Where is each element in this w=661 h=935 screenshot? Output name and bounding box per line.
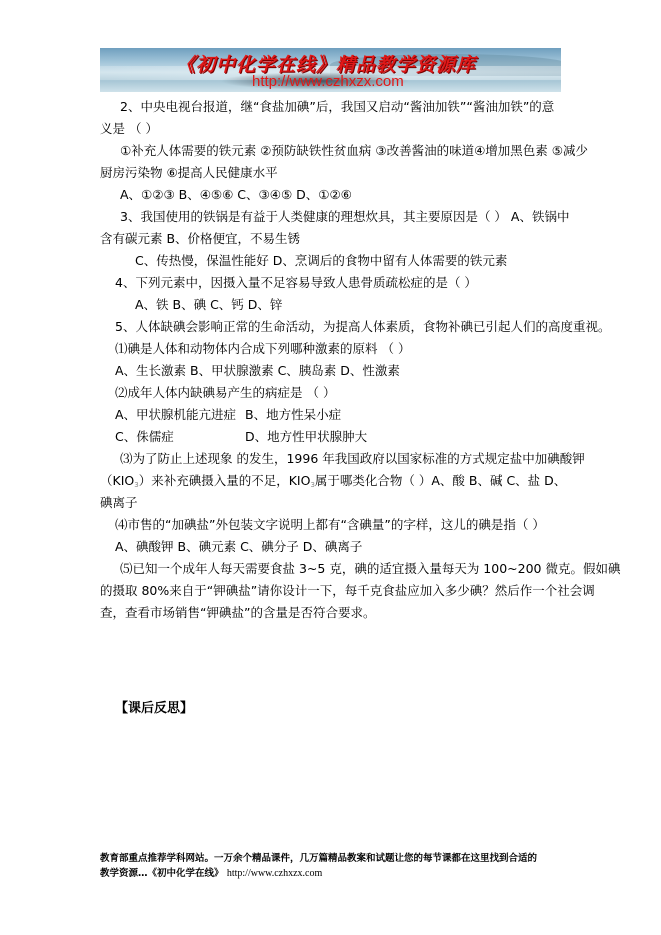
q5-intro: 5、人体缺碘会影响正常的生命活动，为提高人体素质，食物补碘已引起人们的高度重视。: [100, 316, 570, 338]
q5-sub3-line2-post: 属于哪类化合物（ ）A、酸 B、碱 C、盐 D、: [315, 473, 566, 488]
banner-url[interactable]: http://www.czhxzx.com: [252, 73, 404, 90]
q2-line1: 2、中央电视台报道，继“食盐加碘”后，我国又启动“酱油加铁”“酱油加铁”的意: [100, 96, 570, 118]
q5-sub2-choices-row1: A、甲状腺机能亢进症B、地方性呆小症: [100, 404, 570, 426]
q5-sub4-choices: A、碘酸钾 B、碘元素 C、碘分子 D、碘离子: [100, 536, 570, 558]
q5-sub1-question: ⑴碘是人体和动物体内合成下列哪种激素的原料 （ ）: [100, 338, 570, 360]
q5-sub2-choice-a: A、甲状腺机能亢进症: [115, 404, 245, 426]
q5-sub3-line2: （KIO3）来补充碘摄入量的不足，KIO3属于哪类化合物（ ）A、酸 B、碱 C…: [100, 470, 570, 492]
q2-choices: A、①②③ B、④⑤⑥ C、③④⑤ D、①②⑥: [100, 184, 570, 206]
q2-options-line1: ①补充人体需要的铁元素 ②预防缺铁性贫血病 ③改善酱油的味道④增加黑色素 ⑤减少: [100, 140, 570, 162]
q5-sub2-choice-c: C、侏儒症: [115, 426, 245, 448]
site-banner: 《初中化学在线》精品教学资源库 http://www.czhxzx.com: [100, 48, 561, 92]
q5-sub2-choice-d: D、地方性甲状腺肿大: [245, 429, 367, 444]
footer-line2-text: 教学资源…《初中化学在线》: [100, 868, 224, 879]
q3-line1: 3、我国使用的铁锅是有益于人类健康的理想炊具，其主要原因是（ ） A、铁锅中: [100, 206, 570, 228]
q5-sub3-line3: 碘离子: [100, 492, 570, 514]
q2-line2: 义是 （ ）: [100, 118, 570, 140]
q5-sub3-line1: ⑶为了防止上述现象 的发生，1996 年我国政府以国家标准的方式规定盐中加碘酸钾: [100, 448, 570, 470]
q3-line2: 含有碳元素 B、价格便宜，不易生锈: [100, 228, 570, 250]
q3-line3: C、传热慢，保温性能好 D、烹调后的食物中留有人体需要的铁元素: [100, 250, 570, 272]
q5-sub3-line2-pre: （KIO: [100, 473, 134, 488]
q5-sub5-line1: ⑸已知一个成年人每天需要食盐 3~5 克，碘的适宜摄入量每天为 100~200 …: [100, 558, 570, 580]
page-footer: 教育部重点推荐学科网站。一万余个精品课件，几万篇精品教案和试题让您的每节课都在这…: [100, 851, 570, 881]
q5-sub5-line3: 查，查看市场销售“钾碘盐”的含量是否符合要求。: [100, 602, 570, 624]
q5-sub1-choices: A、生长激素 B、甲状腺激素 C、胰岛素 D、性激素: [100, 360, 570, 382]
q5-sub2-question: ⑵成年人体内缺碘易产生的病症是 （ ）: [100, 382, 570, 404]
q5-sub4-question: ⑷市售的“加碘盐”外包装文字说明上都有“含碘量”的字样，这儿的碘是指（ ）: [100, 514, 570, 536]
q4-choices: A、铁 B、碘 C、钙 D、锌: [100, 294, 570, 316]
footer-line2: 教学资源…《初中化学在线》 http://www.czhxzx.com: [100, 866, 570, 881]
q5-sub2-choice-b: B、地方性呆小症: [245, 407, 341, 422]
q4-question: 4、下列元素中，因摄入量不足容易导致人患骨质疏松症的是（ ）: [100, 272, 570, 294]
footer-url-link[interactable]: http://www.czhxzx.com: [227, 868, 322, 879]
q2-options-line2: 厨房污染物 ⑥提高人民健康水平: [100, 162, 570, 184]
footer-line1: 教育部重点推荐学科网站。一万余个精品课件，几万篇精品教案和试题让您的每节课都在这…: [100, 851, 570, 866]
q5-sub3-line2-mid: ）来补充碘摄入量的不足，KIO: [139, 473, 311, 488]
section-heading-reflection: 【课后反思】: [115, 697, 193, 716]
q5-sub2-choices-row2: C、侏儒症D、地方性甲状腺肿大: [100, 426, 570, 448]
document-body: 2、中央电视台报道，继“食盐加碘”后，我国又启动“酱油加铁”“酱油加铁”的意 义…: [100, 96, 570, 624]
q5-sub5-line2: 的摄取 80%来自于“钾碘盐”请你设计一下，每千克食盐应加入多少碘？然后作一个社…: [100, 580, 570, 602]
